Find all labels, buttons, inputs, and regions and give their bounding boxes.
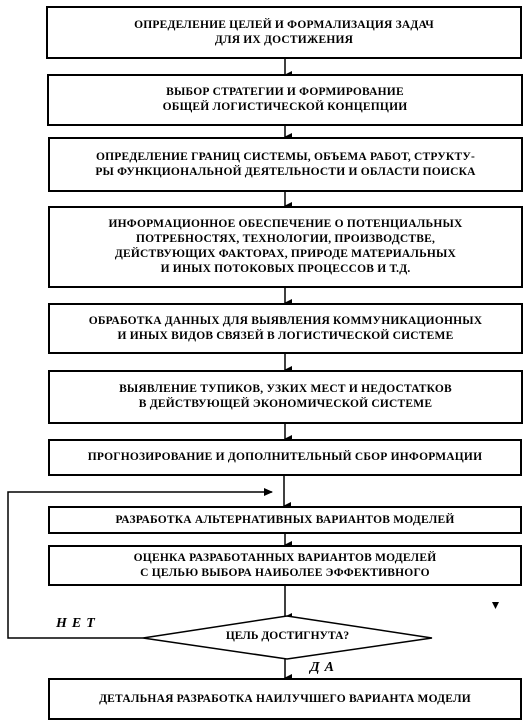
decision-text: ЦЕЛЬ ДОСТИГНУТА? <box>143 630 432 642</box>
yes-label: ДА <box>310 660 339 676</box>
flowchart: ОПРЕДЕЛЕНИЕ ЦЕЛЕЙ И ФОРМАЛИЗАЦИЯ ЗАДАЧ Д… <box>0 0 531 722</box>
step-strategy: ВЫБОР СТРАТЕГИИ И ФОРМИРОВАНИЕ ОБЩЕЙ ЛОГ… <box>47 74 523 126</box>
step-bottlenecks: ВЫЯВЛЕНИЕ ТУПИКОВ, УЗКИХ МЕСТ И НЕДОСТАТ… <box>48 370 523 424</box>
step-boundaries: ОПРЕДЕЛЕНИЕ ГРАНИЦ СИСТЕМЫ, ОБЪЕМА РАБОТ… <box>48 137 523 192</box>
step-information: ИНФОРМАЦИОННОЕ ОБЕСПЕЧЕНИЕ О ПОТЕНЦИАЛЬН… <box>48 206 523 288</box>
step-detailed-development: ДЕТАЛЬНАЯ РАЗРАБОТКА НАИЛУЧШЕГО ВАРИАНТА… <box>48 678 522 720</box>
step-alternatives: РАЗРАБОТКА АЛЬТЕРНАТИВНЫХ ВАРИАНТОВ МОДЕ… <box>48 506 522 534</box>
step-data-processing: ОБРАБОТКА ДАННЫХ ДЛЯ ВЫЯВЛЕНИЯ КОММУНИКА… <box>48 303 523 354</box>
ink-mark <box>492 602 499 609</box>
step-goals: ОПРЕДЕЛЕНИЕ ЦЕЛЕЙ И ФОРМАЛИЗАЦИЯ ЗАДАЧ Д… <box>46 6 522 59</box>
no-label: НЕТ <box>56 616 100 632</box>
step-evaluation: ОЦЕНКА РАЗРАБОТАННЫХ ВАРИАНТОВ МОДЕЛЕЙ С… <box>48 545 522 586</box>
step-forecasting: ПРОГНОЗИРОВАНИЕ И ДОПОЛНИТЕЛЬНЫЙ СБОР ИН… <box>48 439 522 476</box>
